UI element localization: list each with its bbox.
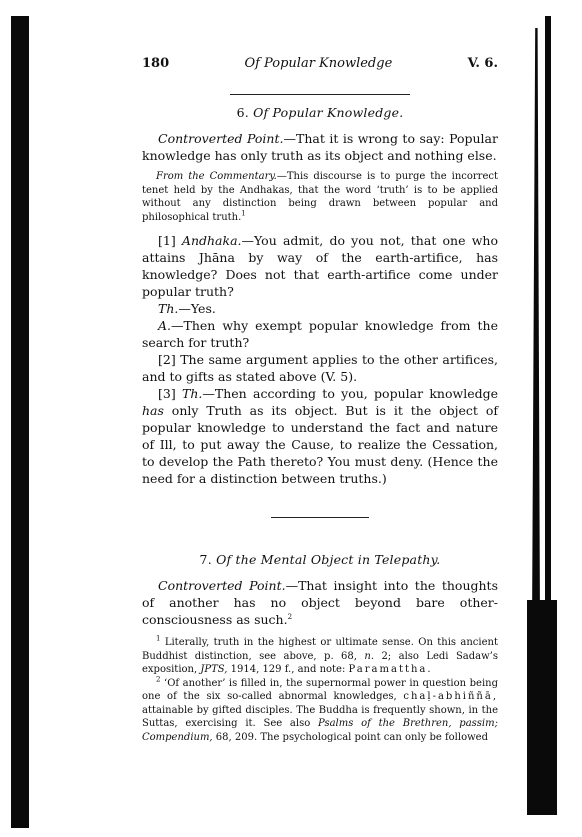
- footnote-2: 2 ‘Of another’ is filled in, the superno…: [142, 677, 498, 745]
- section-6-reply-th: Th.—Yes.: [142, 300, 498, 317]
- section-7-heading: 7. Of the Mental Object in Telepathy.: [142, 552, 498, 567]
- footnotes: 1 Literally, truth in the highest or ult…: [142, 636, 498, 744]
- section-6-controverted-point: Controverted Point.—That it is wrong to …: [142, 130, 498, 164]
- footnote-ref-2[interactable]: 2: [288, 613, 292, 621]
- section-6-paragraph-2: [2] The same argument applies to the oth…: [142, 351, 498, 385]
- section-divider: [230, 94, 410, 95]
- running-head: 180 Of Popular Knowledge V. 6.: [142, 56, 498, 76]
- scan-edge-right-outer: [532, 28, 540, 628]
- book-page: 180 Of Popular Knowledge V. 6. 6. Of Pop…: [142, 56, 498, 744]
- section-6-paragraph-3: [3] Th.—Then according to you, popular k…: [142, 385, 498, 487]
- page-number: 180: [142, 56, 169, 71]
- scan-edge-left: [11, 16, 29, 828]
- section-6-paragraph-1: [1] Andhaka.—You admit, do you not, that…: [142, 232, 498, 300]
- section-6-reply-a: A.—Then why exempt popular knowledge fro…: [142, 317, 498, 351]
- running-title: Of Popular Knowledge: [244, 56, 392, 71]
- section-ref: V. 6.: [468, 56, 498, 71]
- scan-edge-right-inner: [545, 16, 551, 616]
- scan-edge-right-bottom: [527, 600, 557, 815]
- section-divider-2: [271, 517, 369, 518]
- footnote-ref-1[interactable]: 1: [241, 209, 245, 217]
- section-7-controverted-point: Controverted Point.—That insight into th…: [142, 577, 498, 628]
- section-6-heading: 6. Of Popular Knowledge.: [142, 105, 498, 120]
- section-6-commentary: From the Commentary.—This discourse is t…: [142, 170, 498, 224]
- footnote-1: 1 Literally, truth in the highest or ult…: [142, 636, 498, 677]
